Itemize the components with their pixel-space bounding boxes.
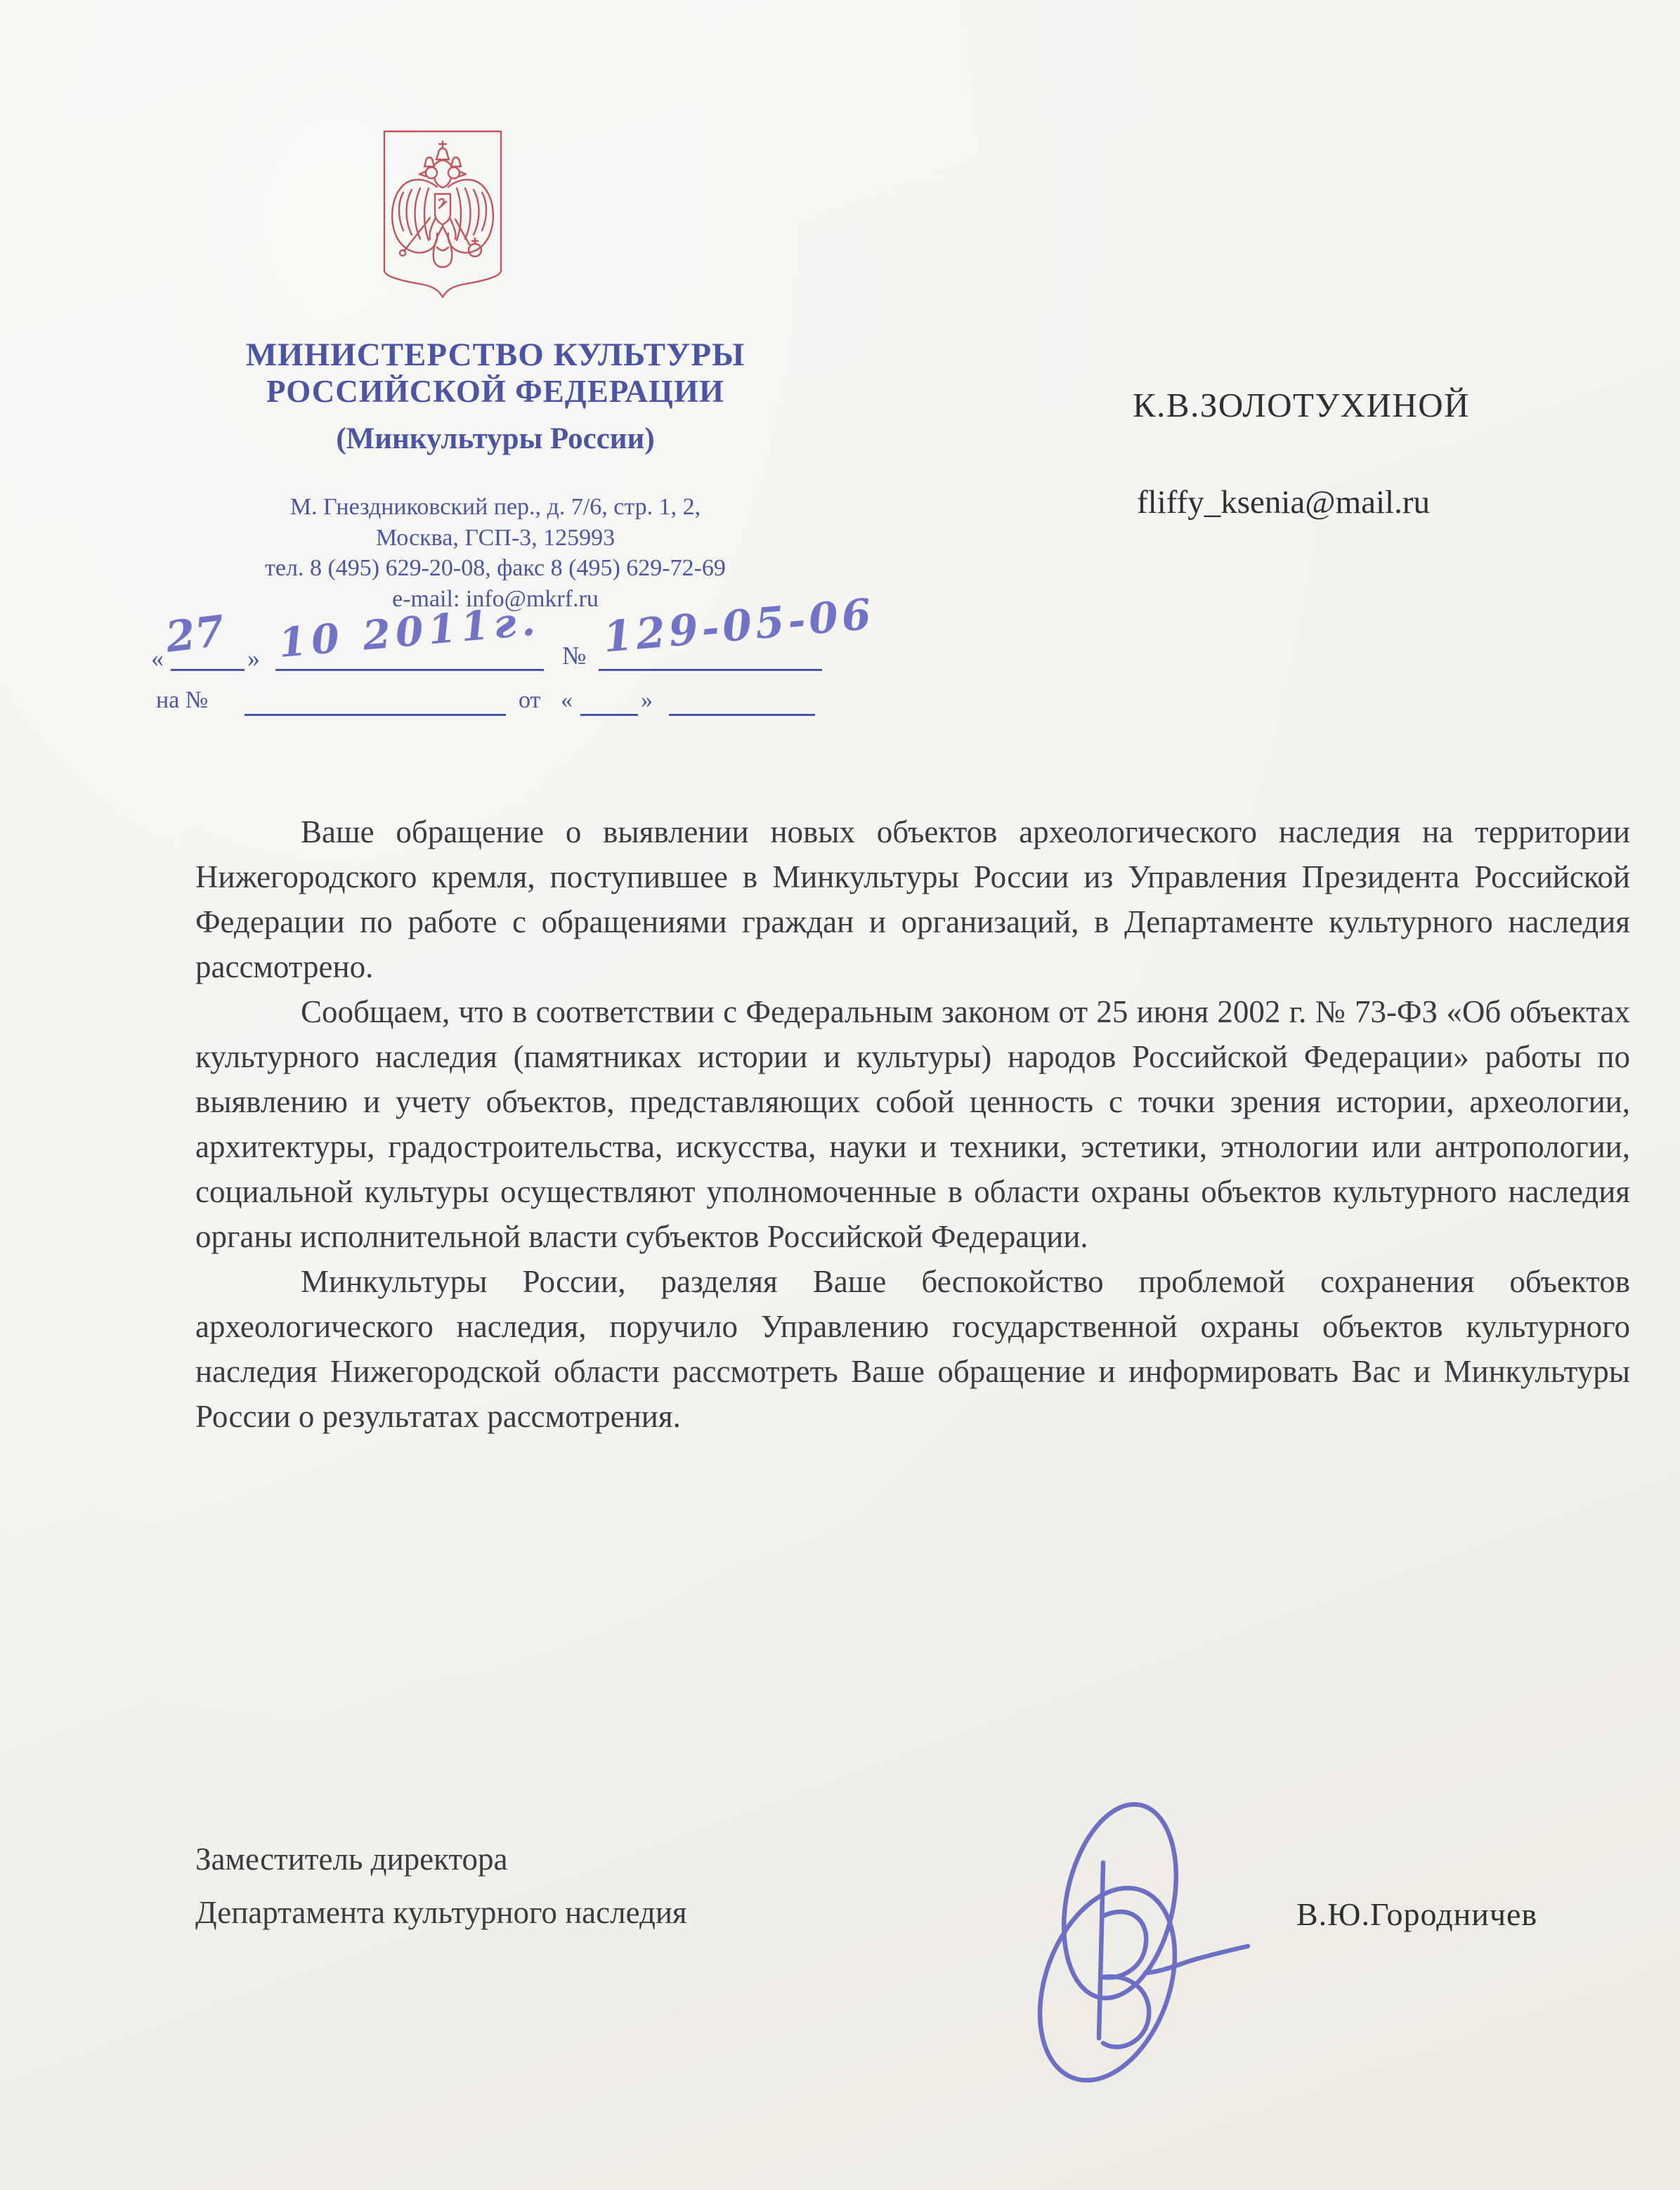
letterhead-ministry-block: МИНИСТЕРСТВО КУЛЬТУРЫ РОССИЙСКОЙ ФЕДЕРАЦ… (162, 336, 829, 456)
address-phone-fax: тел. 8 (495) 629-20-08, факс 8 (495) 629… (162, 553, 829, 584)
body-paragraph-1: Ваше обращение о выявлении новых объекто… (195, 809, 1630, 989)
body-paragraph-2: Сообщаем, что в соответствии с Федеральн… (195, 989, 1630, 1259)
reply-quote-close: » (641, 687, 653, 714)
number-sign-label: № (562, 641, 586, 670)
signer-title-line2: Департамента культурного наследия (195, 1886, 687, 1939)
recipient-email: fliffy_ksenia@mail.ru (1137, 483, 1430, 521)
recipient-name: К.В.ЗОЛОТУХИНОЙ (1133, 385, 1470, 425)
signer-name: В.Ю.Городничев (1296, 1896, 1537, 1933)
reply-day-blank-line (580, 686, 638, 716)
ministry-short-name: (Минкультуры России) (162, 422, 829, 456)
signer-title-block: Заместитель директора Департамента культ… (195, 1832, 687, 1939)
coat-of-arms-icon (379, 126, 506, 302)
scanned-letter-page: МИНИСТЕРСТВО КУЛЬТУРЫ РОССИЙСКОЙ ФЕДЕРАЦ… (0, 0, 1680, 2190)
address-street: М. Гнездниковский пер., д. 7/6, стр. 1, … (162, 492, 829, 523)
reply-from-label: от (519, 687, 540, 714)
ministry-name-line2: РОССИЙСКОЙ ФЕДЕРАЦИИ (162, 374, 829, 410)
reply-number-label: на № (156, 687, 208, 714)
reply-quote-open: « (561, 687, 573, 714)
body-paragraph-3: Минкультуры России, разделяя Ваше беспок… (195, 1259, 1630, 1439)
reply-number-blank-line (245, 686, 506, 716)
date-quote-open: « (151, 644, 164, 673)
signer-title-line1: Заместитель директора (195, 1832, 687, 1886)
ministry-name-line1: МИНИСТЕРСТВО КУЛЬТУРЫ (162, 336, 829, 374)
letter-body: Ваше обращение о выявлении новых объекто… (195, 809, 1630, 1439)
reply-date-blank-line (669, 686, 815, 716)
letterhead-address-block: М. Гнездниковский пер., д. 7/6, стр. 1, … (162, 492, 829, 614)
address-city: Москва, ГСП-3, 125993 (162, 523, 829, 554)
date-quote-close: » (247, 644, 260, 673)
handwritten-signature-icon (1013, 1796, 1256, 2098)
handwritten-day: 27 (163, 606, 227, 663)
